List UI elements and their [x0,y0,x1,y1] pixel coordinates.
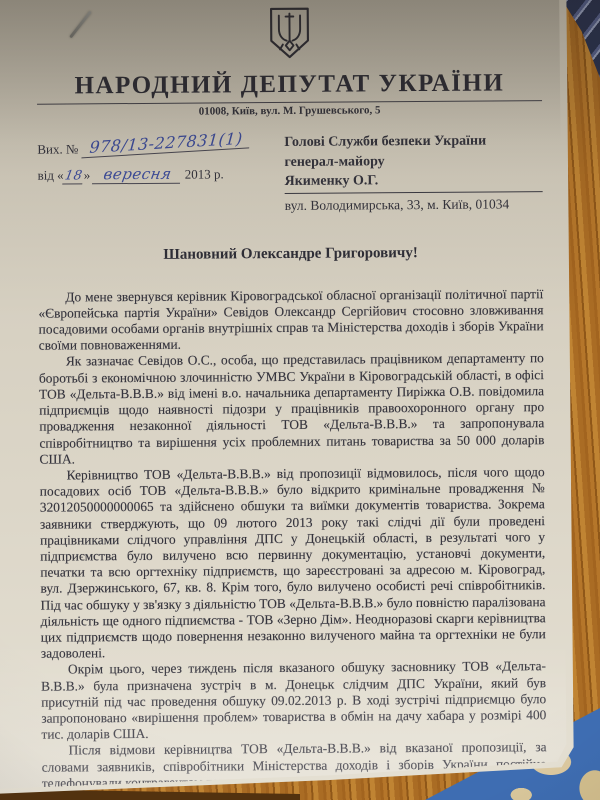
date-month-handwritten: вересня [92,165,183,185]
salutation: Шановний Олександре Григоровичу! [38,244,543,265]
letter-sheet: НАРОДНИЙ ДЕПУТАТ УКРАЇНИ 01008, Київ, ву… [0,0,600,800]
recipient-line-3: Якименку О.Г. [285,170,543,193]
out-number-label: Вих. № [37,141,78,156]
letter-body: До мене звернувся керівник Кіровоградськ… [38,286,547,800]
date-year: 2013 р. [185,166,224,181]
letter-content: НАРОДНИЙ ДЕПУТАТ УКРАЇНИ 01008, Київ, ву… [0,0,564,800]
date-day-handwritten: 18 [62,168,85,184]
letter-paragraph: Як зазначає Севідов О.С., особа, що пред… [39,351,545,468]
reference-and-recipient-row: Вих. № 978/13-227831(1) від «18» вересня… [37,127,543,217]
recipient-line-2: генерал-майору [284,151,542,172]
recipient-block: Голові Служби безпеки України генерал-ма… [284,127,543,215]
letterhead-title: НАРОДНИЙ ДЕПУТАТ УКРАЇНИ [37,69,542,101]
letterhead-address: 01008, Київ, вул. М. Грушевського, 5 [37,103,542,119]
outgoing-reference-block: Вих. № 978/13-227831(1) від «18» вересня… [37,129,273,217]
letter-paragraph: До мене звернувся керівник Кіровоградськ… [38,286,543,354]
photo-of-letter: { "letterhead": { "emblem_icon": "ukrain… [0,0,600,800]
recipient-line-1: Голові Служби безпеки України [284,131,542,152]
letter-paragraph: Керівництво ТОВ «Дельта-В.В.В.» від проп… [40,464,546,662]
out-number-handwritten: 978/13-227831(1) [82,128,251,158]
date-prefix: від « [37,168,63,183]
recipient-address: вул. Володимирська, 33, м. Київ, 01034 [285,192,543,216]
ukraine-trident-emblem-icon [36,4,541,67]
letter-paragraph: Окрім цього, через тиждень після вказано… [41,658,547,743]
